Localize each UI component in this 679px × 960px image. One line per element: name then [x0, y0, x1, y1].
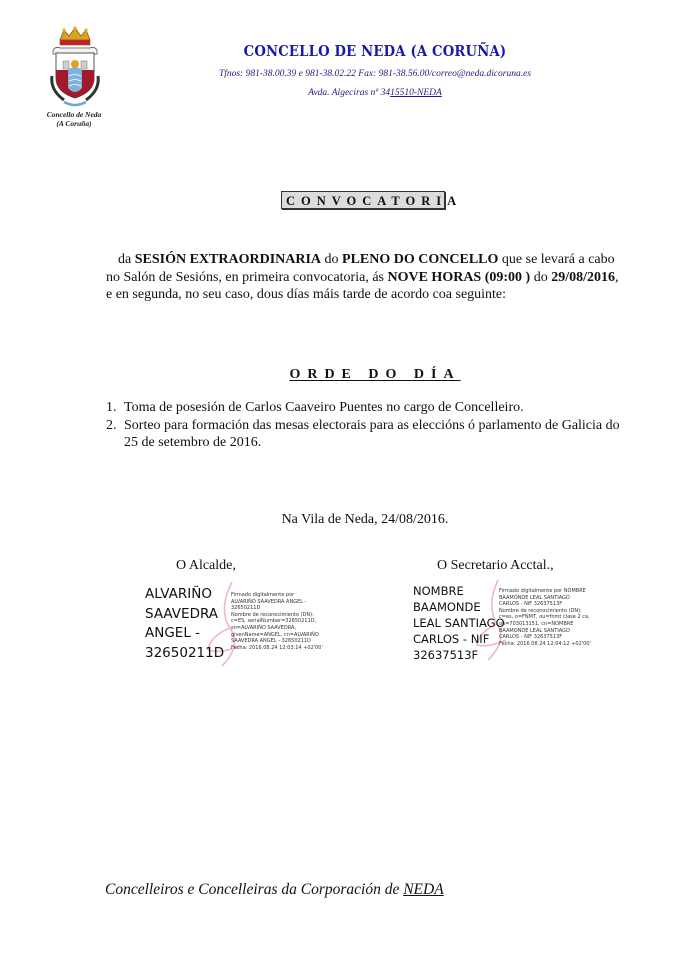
agenda-item: 2.Sorteo para formación das mesas electo…: [106, 417, 626, 452]
logo-caption-line2: (A Coruña): [36, 119, 112, 128]
agenda-list: 1.Toma de posesión de Carlos Caaveiro Pu…: [106, 399, 626, 452]
organization-address: Avda. Algeciras nº 3415510-NEDA: [200, 88, 550, 98]
agenda-item-number: 2.: [106, 417, 117, 435]
body-name: PLENO DO CONCELLO: [342, 252, 498, 267]
intro-text: da: [118, 252, 135, 267]
agenda-item-number: 1.: [106, 399, 117, 417]
secretary-signature-details: Firmado digitalmente por NOMBRE BAAMONDE…: [499, 588, 609, 647]
document-heading: CONVOCATORIA: [281, 191, 445, 209]
mayor-signature-name: ALVARIÑO SAAVEDRA ANGEL - 32650211D: [145, 585, 224, 663]
address-street: Avda. Algeciras nº 34: [308, 88, 390, 98]
intro-text: do: [321, 252, 342, 267]
secretary-signature-name: NOMBRE BAAMONDE LEAL SANTIAGO CARLOS - N…: [413, 583, 505, 663]
footer-municipality: NEDA: [403, 881, 443, 898]
agenda-item-text: Toma de posesión de Carlos Caaveiro Puen…: [124, 400, 524, 415]
session-time: NOVE HORAS (09:00 ): [387, 270, 530, 285]
session-type: SESIÓN EXTRAORDINARIA: [135, 252, 321, 267]
agenda-item: 1.Toma de posesión de Carlos Caaveiro Pu…: [106, 399, 626, 417]
organization-contact: Tfnos: 981-38.00.39 e 981-38.02.22 Fax: …: [200, 69, 550, 79]
logo-caption-line1: Concello de Neda: [36, 110, 112, 119]
footer-text: Concelleiros e Concelleiras da Corporaci…: [105, 881, 403, 898]
secretary-role-label: O Secretario Acctal.,: [437, 558, 554, 574]
mayor-signature-details: Firmado digitalmente por ALVARIÑO SAAVED…: [231, 592, 341, 651]
intro-text: do: [530, 270, 551, 285]
agenda-item-text: Sorteo para formación das mesas electora…: [124, 418, 620, 451]
mayor-role-label: O Alcalde,: [176, 558, 236, 574]
logo-caption: Concello de Neda (A Coruña): [36, 110, 112, 128]
place-and-date: Na Vila de Neda, 24/08/2016.: [200, 512, 530, 528]
intro-paragraph: da SESIÓN EXTRAORDINARIA do PLENO DO CON…: [106, 251, 626, 304]
recipients-footer: Concelleiros e Concelleiras da Corporaci…: [105, 881, 444, 899]
address-postcode: 15510-NEDA: [390, 88, 442, 98]
session-date: 29/08/2016: [551, 270, 615, 285]
organization-title: CONCELLO DE NEDA (A CORUÑA): [221, 42, 529, 60]
agenda-title: ORDE DO DÍA: [200, 367, 550, 383]
coat-of-arms-icon: [44, 26, 106, 112]
